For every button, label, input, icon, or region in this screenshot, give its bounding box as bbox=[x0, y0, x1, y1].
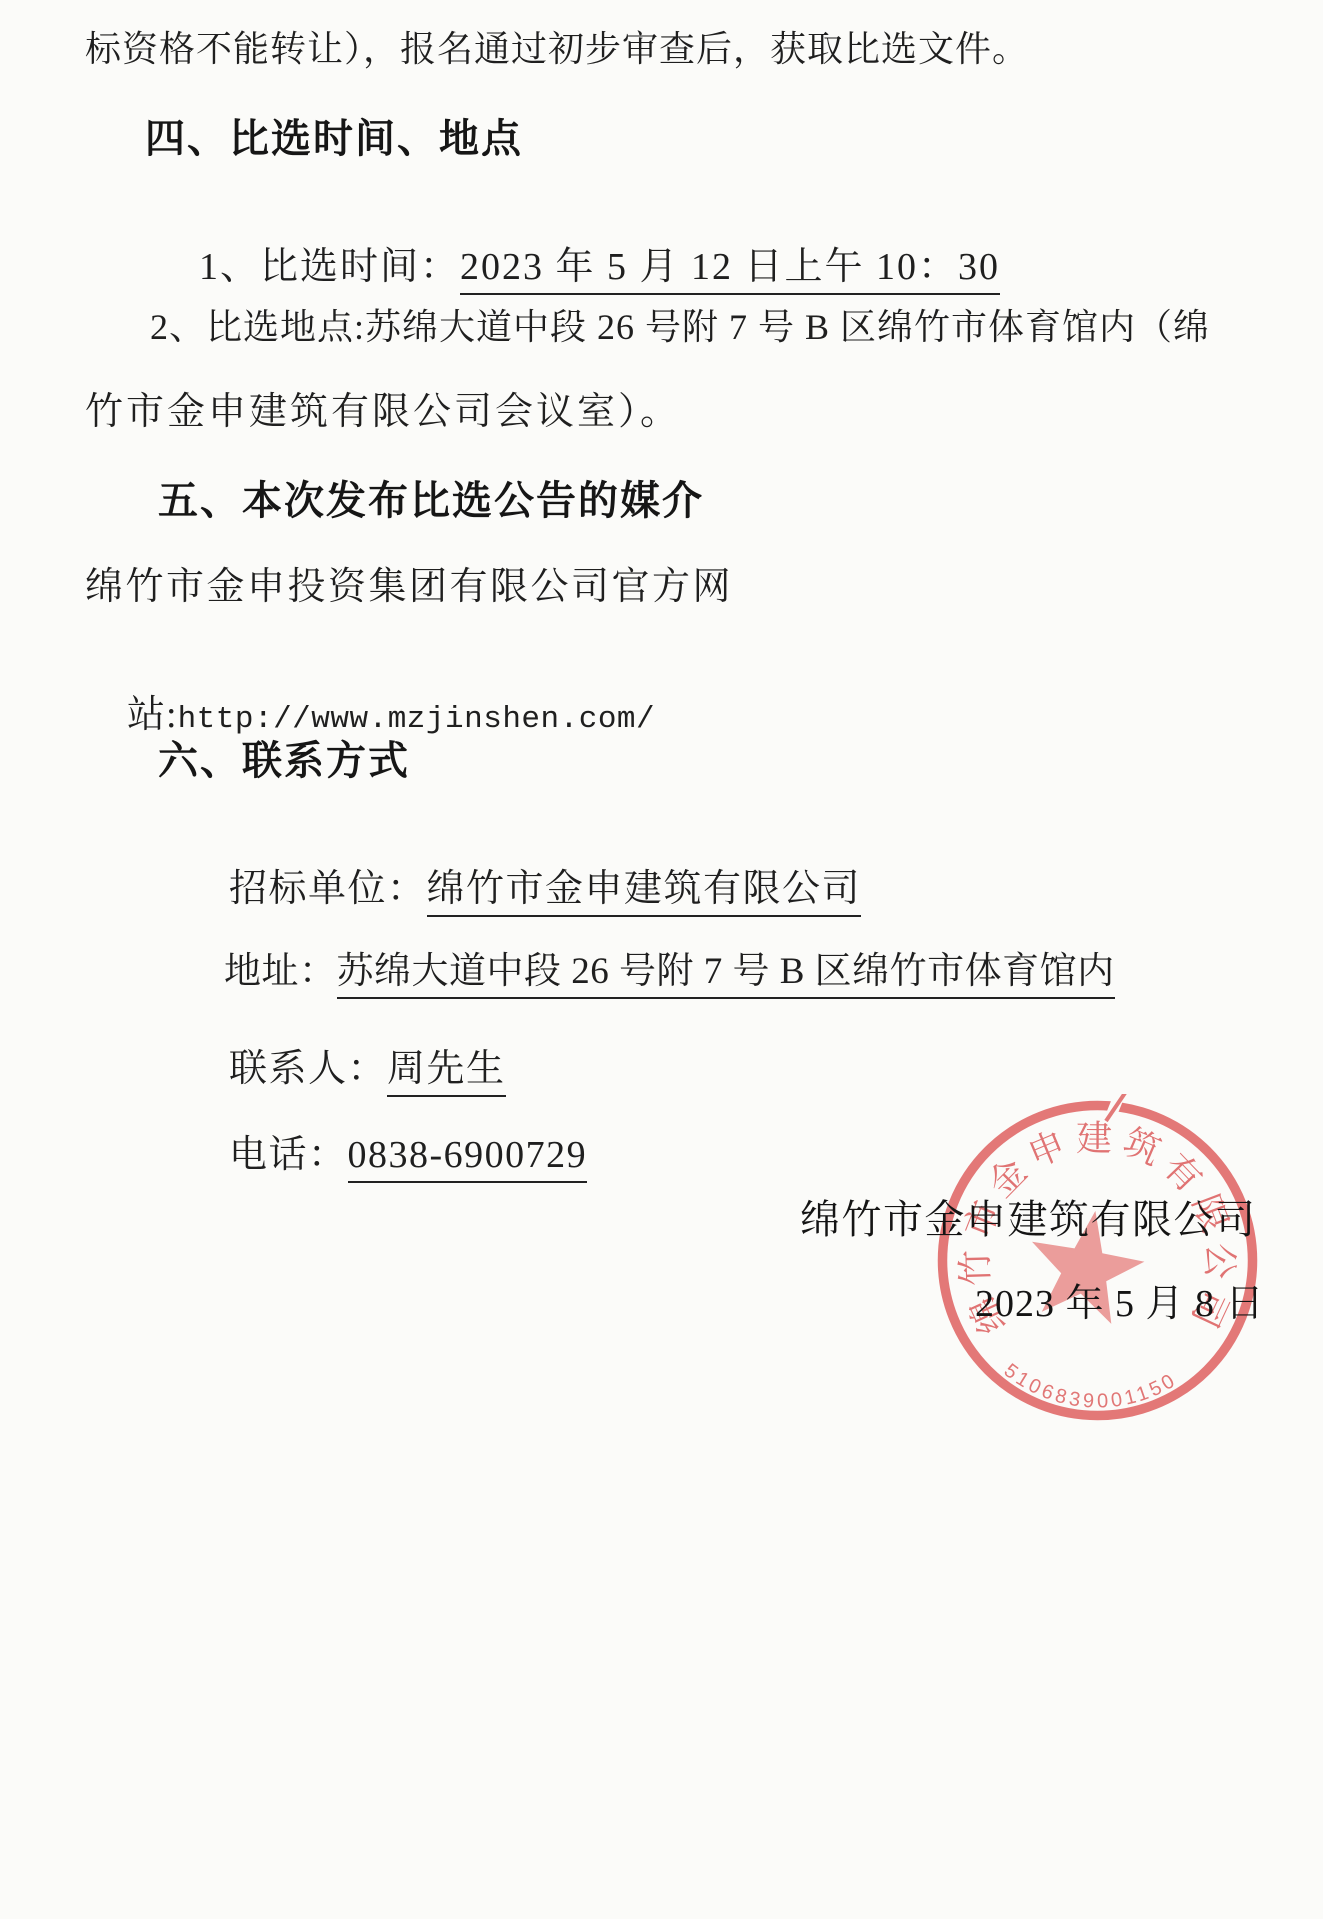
website-url: http://www.mzjinshen.com/ bbox=[178, 702, 656, 737]
phone-label: 电话： bbox=[229, 1134, 348, 1176]
address-value-underlined: 苏绵大道中段 26 号附 7 号 B 区绵竹市体育馆内 bbox=[337, 951, 1115, 999]
signature-company-name: 绵竹市金申建筑有限公司 bbox=[800, 1188, 1257, 1245]
section-heading-time-venue: 四、比选时间、地点 bbox=[145, 116, 523, 163]
section-heading-contact: 六、联系方式 bbox=[158, 738, 410, 785]
seal-graphic: 绵竹市金申建筑有限公司 5106839001150 bbox=[931, 1094, 1264, 1427]
address-label: 地址： bbox=[224, 951, 337, 992]
contact-row-phone: 电话：0838-6900729 bbox=[185, 1088, 587, 1222]
phone-value-underlined: 0838-6900729 bbox=[348, 1134, 588, 1183]
media-url-prefix: 站: bbox=[127, 694, 178, 736]
company-seal-stamp: 绵竹市金申建筑有限公司 5106839001150 bbox=[931, 1094, 1264, 1427]
media-name-line: 绵竹市金申投资集团有限公司官方网 bbox=[85, 565, 733, 610]
scanned-document-page: 标资格不能转让），报名通过初步审查后，获取比选文件。 四、比选时间、地点 1、比… bbox=[0, 0, 1323, 1919]
list-item-selection-venue-line1: 2、比选地点:苏绵大道中段 26 号附 7 号 B 区绵竹市体育馆内（绵 bbox=[150, 306, 1210, 348]
section-heading-announcement-media: 五、本次发布比选公告的媒介 bbox=[158, 478, 704, 525]
selection-time-value-underlined: 2023 年 5 月 12 日上午 10：30 bbox=[460, 246, 1000, 295]
signature-date: 2023 年 5 月 8 日 bbox=[975, 1272, 1265, 1327]
list-item-selection-venue-line2: 竹市金申建筑有限公司会议室）。 bbox=[85, 390, 681, 435]
body-line-continuation: 标资格不能转让），报名通过初步审查后，获取比选文件。 bbox=[85, 28, 1029, 70]
contact-person-label: 联系人： bbox=[229, 1048, 387, 1090]
tender-unit-label: 招标单位： bbox=[229, 868, 427, 910]
selection-time-label: 1、比选时间： bbox=[199, 246, 460, 288]
